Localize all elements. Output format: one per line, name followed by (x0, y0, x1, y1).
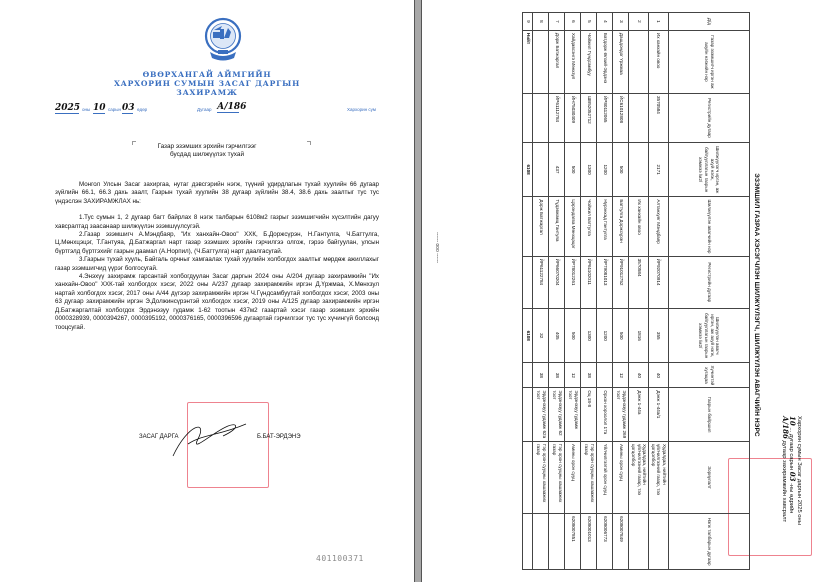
table-header-row: Д/дГазар эзэмшигч иргэн аж ахуйн нэгжийн… (669, 13, 750, 570)
date-year-label: оны (82, 107, 90, 112)
signoff-title: ЗАСАГ ДАРГА (139, 434, 179, 440)
cell-receiver: Баттулга Доржсүрэн (613, 197, 629, 256)
table-row: 6Хайдавсэнгэ МөнхзулЙН75030409500Цэрэнда… (565, 13, 581, 570)
decree-number-label: Дугаар (197, 107, 211, 112)
annex-note-line3: А/186 дугаар захирамжийн хавсралт (780, 416, 788, 576)
cell-holder-reg: 3570584 (649, 93, 669, 142)
cell-location: Эрдэнэзуу гудамж 62 тоот (549, 388, 565, 442)
total-no: 9 (523, 13, 533, 31)
column-header: Шилжүүлэн авагч иргэн, аж ахуй нэгж, бай… (669, 309, 750, 363)
cell-holder: Хайдавсэнгэ Мөнхзул (565, 30, 581, 93)
cell-holder-area: 437 (549, 142, 565, 196)
cell-purpose: Амины орон сууц (565, 441, 581, 513)
cell-receiver-reg: ЙР61102011 (581, 256, 597, 308)
footer-mark: ------ ооо ------ (434, 232, 440, 263)
column-header: Регистрийн дугаар (669, 256, 750, 308)
cell-term: 12 (565, 363, 581, 388)
total-row: 9Нийт61086108 (523, 13, 533, 570)
total-empty-cell (523, 197, 533, 256)
serial-number: 401100371 (316, 554, 364, 563)
table-row: 5Чойжил ГүндсамбууШВ520527121300Чойжил Б… (581, 13, 597, 570)
cell-purpose: Үйлчилгээтэй орон сууц (597, 441, 613, 513)
cell-no: 8 (533, 13, 549, 31)
cell-location: Эрдэнэзуу гудамж 269 тоот (613, 388, 629, 442)
cell-receiver: Дорж Батжаргал (533, 197, 549, 256)
subject-line: бусдад шилжүүлэх тухай (0, 151, 414, 159)
cell-location: Орхон хороолол 17а (597, 388, 613, 442)
cell-parcel: 6208007849 (613, 514, 629, 570)
cell-no: 7 (549, 13, 565, 31)
annex-note-line1: Хархорин сумын Засаг даргын 2025 оны (795, 416, 802, 576)
clause-1: 1.Тус сумын 1, 2 дугаар багт байрлах 8 н… (55, 214, 379, 231)
decree-body: Монгол Улсын Засаг захиргаа, нутаг дэвсг… (55, 181, 379, 332)
annex-title: ЭЗЭМШИЛ ГАЗРАА ХЭСЭГЧЛЭН ШИЛЖҮҮЛЭГЧ, ШИЛ… (753, 95, 760, 515)
annex-note-day: 03 (788, 472, 797, 482)
cell-holder-reg: ШВ52052712 (581, 93, 597, 142)
cell-parcel (649, 514, 669, 570)
cell-receiver-area: 355 (649, 309, 669, 363)
cell-term: 38 (549, 363, 565, 388)
cell-holder-area: 500 (613, 142, 629, 196)
decree-page: ӨВӨРХАНГАЙ АЙМГИЙН ХАРХОРИН СУМЫН ЗАСАГ … (0, 0, 414, 582)
table-row: 8Дорж БатжаргалЙР611227843238Эрдэнэзуу г… (533, 13, 549, 570)
cell-receiver-area: 1816 (629, 309, 649, 363)
cell-receiver-area: 405 (549, 309, 565, 363)
cell-receiver-reg: ЙР61122784 (533, 256, 549, 308)
cell-holder: Чойжил Гүндсамбуу (581, 30, 597, 93)
cell-term (597, 363, 613, 388)
cell-no: 1 (649, 13, 669, 31)
cell-holder: Дашдондог Үржмаа (613, 30, 629, 93)
date-day: 03 (122, 103, 133, 114)
column-header: Газар эзэмшигч иргэн аж ахуйн нэгжийн нэ… (669, 30, 750, 93)
table-row: 1Их ханхайн овоо35705842171Алтанхуяг Мэн… (649, 13, 669, 570)
table-row: 2Их ханхайн овоо3570584181640Дэнж 1-44аХ… (629, 13, 649, 570)
cell-parcel (629, 514, 649, 570)
annex-rotated-content: Хархорин сумын Засаг даргын 2025 оны 10 … (422, 0, 832, 582)
header-decree: ЗАХИРАМЖ (0, 88, 414, 97)
table-row: 7Дорж БатжаргалЙР61112784437Түдэвжамц Га… (549, 13, 565, 570)
cell-parcel: 6208007851 (565, 514, 581, 570)
cell-receiver-area: 1200 (597, 309, 613, 363)
cell-parcel: 6208001013 (581, 514, 597, 570)
cell-receiver-reg: ЙР66070204 (549, 256, 565, 308)
cell-no: 6 (565, 13, 581, 31)
decree-subject: Газар эзэмших эрхийн гэрчилгээг бусдад ш… (0, 143, 414, 160)
annex-note-number: А/186 (781, 416, 790, 439)
date-year: 2025 (55, 103, 79, 114)
place-name: Хархорин сум (347, 107, 376, 112)
cell-parcel (549, 514, 565, 570)
total-holder-area: 6108 (523, 142, 533, 196)
cell-holder-reg: ЙС61012808 (613, 93, 629, 142)
column-header: Шилжүүлэгч иргэн, аж ахуй нэгж, байгуулл… (669, 142, 750, 196)
column-header: Регистрийн дугаар (669, 93, 750, 142)
cell-term: 38 (581, 363, 597, 388)
cell-no: 3 (613, 13, 629, 31)
cell-parcel (533, 514, 549, 570)
cell-holder-area: 1200 (597, 142, 613, 196)
page-separator (414, 0, 422, 582)
cell-holder-reg (629, 93, 649, 142)
cell-holder (533, 30, 549, 93)
clause-4: 4.Энэхүү захирамж гарсантай холбогдуулан… (55, 273, 379, 332)
cell-location: Оц 18-8 (581, 388, 597, 442)
annex-note-line2: 10 ... дугаар сарын 03 -ны өдрийн (788, 416, 796, 576)
cell-location: Дэнж 1-44а (629, 388, 649, 442)
date-day-label: өдөр (137, 107, 147, 112)
cell-receiver: Алтанхуяг Мэндбаяр (649, 197, 669, 256)
cell-term: 38 (533, 363, 549, 388)
column-header: Хүчинтэй хугацаа (669, 363, 750, 388)
cell-holder-area: 1300 (581, 142, 597, 196)
cell-receiver: Нүрэнхад Гантулга (597, 197, 613, 256)
cell-receiver-area: 500 (565, 309, 581, 363)
preamble-paragraph: Монгол Улсын Засаг захиргаа, нутаг дэвсг… (55, 181, 379, 206)
cell-receiver-area: 32 (533, 309, 549, 363)
transfer-table: Д/дГазар эзэмшигч иргэн аж ахуйн нэгжийн… (522, 12, 750, 570)
cell-receiver-reg: 3570584 (629, 256, 649, 308)
cell-no: 2 (629, 13, 649, 31)
cell-holder-reg: ЙН75030409 (565, 93, 581, 142)
table-row: 3Дашдондог ҮржмааЙС61012808500Баттулга Д… (613, 13, 629, 570)
cell-purpose: Гэр орон сууцны хашаажих газар (533, 441, 549, 513)
cell-location: Эрдэнэзуу гудамж 62а тоот (533, 388, 549, 442)
cell-receiver: Түдэвжамц Гантуяа (549, 197, 565, 256)
cell-purpose: Амины орон сууц (613, 441, 629, 513)
total-empty-cell (523, 363, 533, 388)
annex-note: Хархорин сумын Засаг даргын 2025 оны 10 … (780, 416, 802, 576)
date-month: 10 (93, 103, 105, 114)
cell-no: 4 (597, 13, 613, 31)
cell-holder: Батдорж Өлзий-Эрдэнэ (597, 30, 613, 93)
column-header: Д/д (669, 13, 750, 31)
cell-holder-area (629, 142, 649, 196)
cell-receiver: Цэрэндагва Мөнхцэцэг (565, 197, 581, 256)
cell-receiver: Чойжил Баттулга (581, 197, 597, 256)
cell-parcel: 6208006773 (597, 514, 613, 570)
cell-purpose: Худалдаа, нийтийн үйлчилгээний газар, тэ… (629, 441, 649, 513)
cell-term: 40 (649, 363, 669, 388)
cell-holder-reg: ЙР80112065 (597, 93, 613, 142)
total-receiver-area: 6108 (523, 309, 533, 363)
cell-receiver-reg: ЙР79081013 (597, 256, 613, 308)
total-empty-cell (523, 514, 533, 570)
clause-3: 3.Газрын тухай хууль, Байгаль орчныг хам… (55, 256, 379, 273)
header-aimag: ӨВӨРХАНГАЙ АЙМГИЙН (0, 70, 414, 79)
clause-2: 2.Газар эзэмшигч А.Мэндбаяр, "Их ханхайн… (55, 231, 379, 256)
date-month-label: сарын (108, 107, 121, 112)
cell-receiver-reg: ЙР78012261 (565, 256, 581, 308)
cell-receiver-area: 500 (613, 309, 629, 363)
column-header: Зориулалт (669, 441, 750, 513)
column-header: Газрын байршил (669, 388, 750, 442)
cell-holder-area: 500 (565, 142, 581, 196)
cell-receiver-reg: ЙР91012752 (613, 256, 629, 308)
cell-receiver: Их ханхайн овоо (629, 197, 649, 256)
cell-receiver-area: 1300 (581, 309, 597, 363)
cell-location: Эрдэнэзуу гудамж тоот (565, 388, 581, 442)
signature-icon (168, 414, 248, 464)
cell-purpose: Худалдаа, нийтийн үйлчилгээний газар, тэ… (649, 441, 669, 513)
cell-term: 12 (613, 363, 629, 388)
total-empty-cell (523, 256, 533, 308)
cell-receiver-reg: ЙР92070914 (649, 256, 669, 308)
signoff-name: Б.БАТ-ЭРДЭНЭ (257, 434, 301, 440)
total-empty-cell (523, 388, 533, 442)
cell-location: Дэнж 1-44а/1 (649, 388, 669, 442)
cell-holder-area: 2171 (649, 142, 669, 196)
total-empty-cell (523, 441, 533, 513)
total-empty-cell (523, 93, 533, 142)
date-line: 2025 оны 10 сарын 03 өдөр Дугаар А/186 Х… (0, 103, 414, 117)
state-emblem-icon (198, 14, 248, 64)
cell-holder: Дорж Батжаргал (549, 30, 565, 93)
cell-holder-reg (533, 93, 549, 142)
column-header: Шилжүүлэн авагчийн нэр (669, 197, 750, 256)
cell-holder-reg: ЙР61112784 (549, 93, 565, 142)
cell-no: 5 (581, 13, 597, 31)
header-governor: ХАРХОРИН СУМЫН ЗАСАГ ДАРГЫН (0, 79, 414, 88)
cell-holder (629, 30, 649, 93)
cell-holder-area (533, 142, 549, 196)
cell-purpose: Гэр орон сууцны хашаажих газар (581, 441, 597, 513)
column-header: Нэгж талбарын дугаар (669, 514, 750, 570)
cell-holder: Их ханхайн овоо (649, 30, 669, 93)
table-row: 4Батдорж Өлзий-ЭрдэнэЙР801120651200Нүрэн… (597, 13, 613, 570)
cell-term: 40 (629, 363, 649, 388)
annex-page: Хархорин сумын Засаг даргын 2025 оны 10 … (422, 0, 832, 582)
cell-purpose: Гэр орон сууцны хашаажих газар (549, 441, 565, 513)
decree-number: А/186 (217, 102, 239, 113)
total-label: Нийт (523, 30, 533, 93)
